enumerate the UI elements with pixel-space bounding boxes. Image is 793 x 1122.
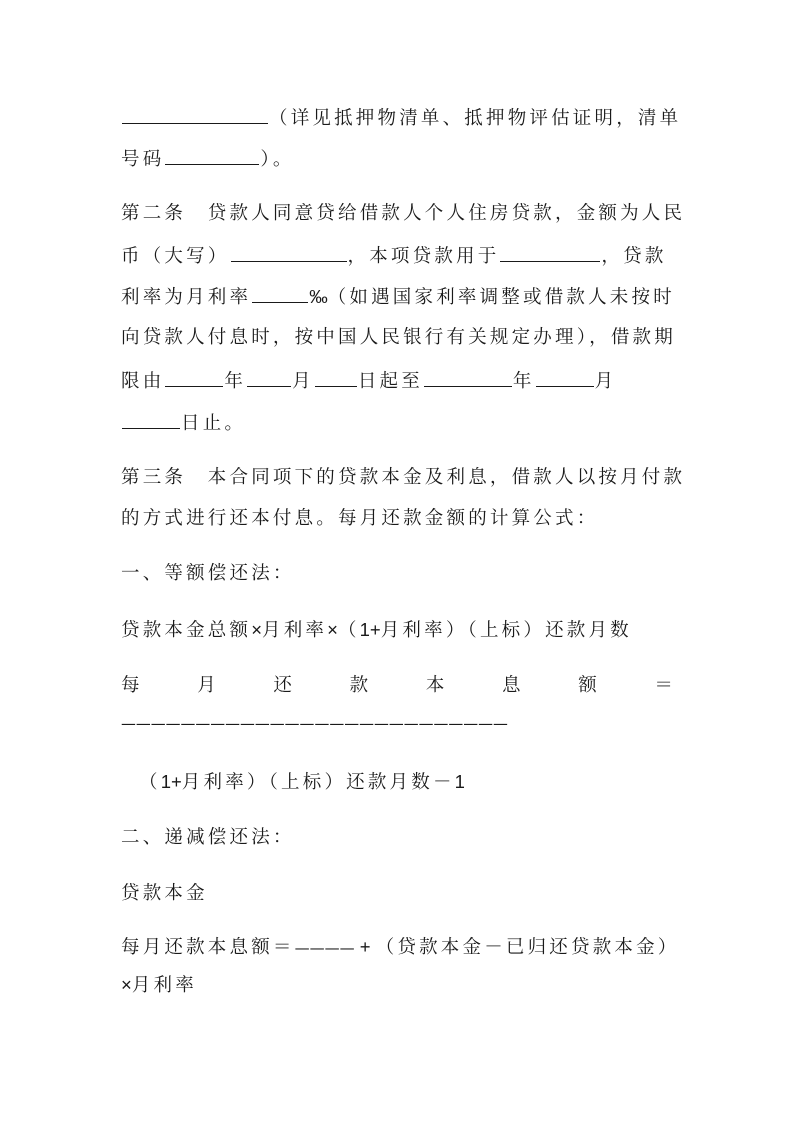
text-segment: 二、递减偿还法： xyxy=(121,827,295,848)
text-segment: ，贷款 xyxy=(601,246,666,267)
blank-collateral[interactable] xyxy=(122,105,268,124)
formula-denominator: （1+月利率）（上标）还款月数－1 xyxy=(139,770,691,795)
text-segment: （贷款本金－已归还贷款本金） xyxy=(376,937,680,958)
text-segment: 1+ xyxy=(161,771,182,792)
text-line-rate: 利率为月利率‰（如遇国家利率调整或借款人未按时 xyxy=(121,284,673,310)
text-segment: 月利率 xyxy=(262,620,327,641)
text-segment: 年 xyxy=(224,371,246,392)
text-segment: ）。 xyxy=(260,149,294,170)
multiply-sign: × xyxy=(327,619,338,640)
plus-sign: + xyxy=(355,936,376,957)
text-char: ＝ xyxy=(654,674,673,698)
permille-sign: ‰ xyxy=(309,286,328,307)
blank-monthly-rate[interactable] xyxy=(252,284,308,303)
blank-end-year[interactable] xyxy=(424,368,512,387)
text-line: 向贷款人付息时，按中国人民银行有关规定办理），借款期 xyxy=(121,326,673,350)
text-segment: 日起至 xyxy=(358,371,423,392)
text-segment: 月利率）（上标）还款月数－ xyxy=(182,772,455,793)
text-segment: 币（大写） xyxy=(121,246,230,267)
text-segment: 每月还款本息额＝ xyxy=(121,937,295,958)
multiply-sign: × xyxy=(251,619,262,640)
formula-numerator: 贷款本金总额×月利率×（1+月利率）（上标）还款月数 xyxy=(121,618,673,643)
formula-declining-cont: ×月利率 xyxy=(121,973,673,998)
text-line-list-number: 号码）。 xyxy=(121,146,673,172)
text-segment: 年 xyxy=(513,371,535,392)
text-segment: 月 xyxy=(595,371,617,392)
blank-list-number[interactable] xyxy=(165,146,259,165)
text-char: 每 xyxy=(121,674,140,698)
text-segment: ，本项贷款用于 xyxy=(348,246,500,267)
formula-lhs-justified: 每 月 还 款 本 息 额 ＝ xyxy=(121,674,673,698)
text-segment: （详见抵押物清单、抵押物评估证明，清单 xyxy=(269,108,681,129)
text-segment: 限由 xyxy=(121,371,164,392)
text-segment: 第二条 贷款人同意贷给借款人个人住房贷款，金额为人民 xyxy=(121,203,685,224)
text-segment: （ xyxy=(139,772,161,793)
article-2-heading-line: 第二条 贷款人同意贷给借款人个人住房贷款，金额为人民 xyxy=(121,202,673,226)
text-segment: 的方式进行还本付息。每月还款金额的计算公式： xyxy=(121,508,598,529)
text-char: 月 xyxy=(197,674,216,698)
blank-loan-purpose[interactable] xyxy=(500,243,600,262)
fraction-bar: ———— xyxy=(295,939,355,957)
text-segment: 1 xyxy=(455,771,465,792)
section-heading-declining: 二、递减偿还法： xyxy=(121,826,673,850)
text-segment: 向贷款人付息时，按中国人民银行有关规定办理），借款期 xyxy=(121,327,676,348)
text-segment: 日止。 xyxy=(181,413,246,434)
text-segment: （ xyxy=(338,620,360,641)
text-segment: 月利率）（上标）还款月数 xyxy=(381,620,632,641)
text-segment: 1+ xyxy=(360,619,381,640)
multiply-sign: × xyxy=(121,974,132,995)
blank-end-month[interactable] xyxy=(536,368,594,387)
blank-start-year[interactable] xyxy=(165,368,223,387)
text-segment: 一、等额偿还法： xyxy=(121,563,295,584)
text-line: 的方式进行还本付息。每月还款金额的计算公式： xyxy=(121,507,673,531)
text-char: 款 xyxy=(350,674,369,698)
text-segment: —————————————————————————— xyxy=(121,714,508,733)
text-line-collateral: （详见抵押物清单、抵押物评估证明，清单 xyxy=(121,105,673,131)
formula-declining: 每月还款本息额＝———— + （贷款本金－已归还贷款本金） xyxy=(121,935,673,960)
text-segment: 号码 xyxy=(121,149,164,170)
text-line-amount: 币（大写），本项贷款用于，贷款 xyxy=(121,243,673,269)
text-segment: 贷款本金总额 xyxy=(121,620,251,641)
text-segment: （如遇国家利率调整或借款人未按时 xyxy=(328,287,675,308)
text-char: 额 xyxy=(578,674,597,698)
text-segment: 月利率 xyxy=(132,975,197,996)
blank-start-day[interactable] xyxy=(315,368,357,387)
article-3-heading-line: 第三条 本合同项下的贷款本金及利息，借款人以按月付款 xyxy=(121,466,673,490)
blank-amount[interactable] xyxy=(231,243,347,262)
text-segment: 贷款本金 xyxy=(121,883,208,904)
text-segment: 月 xyxy=(292,371,314,392)
text-segment: 利率为月利率 xyxy=(121,287,251,308)
text-line-end-day: 日止。 xyxy=(121,410,673,436)
fraction-bar: —————————————————————————— xyxy=(121,712,634,736)
text-char: 息 xyxy=(502,674,521,698)
text-char: 本 xyxy=(426,674,445,698)
section-heading-equal-installment: 一、等额偿还法： xyxy=(121,562,673,586)
text-line-term: 限由年月日起至年月 xyxy=(121,368,673,394)
blank-end-day[interactable] xyxy=(122,410,180,429)
text-segment: 第三条 本合同项下的贷款本金及利息，借款人以按月付款 xyxy=(121,467,685,488)
text-char: 还 xyxy=(273,674,292,698)
formula-numerator-declining: 贷款本金 xyxy=(121,882,673,906)
blank-start-month[interactable] xyxy=(247,368,291,387)
